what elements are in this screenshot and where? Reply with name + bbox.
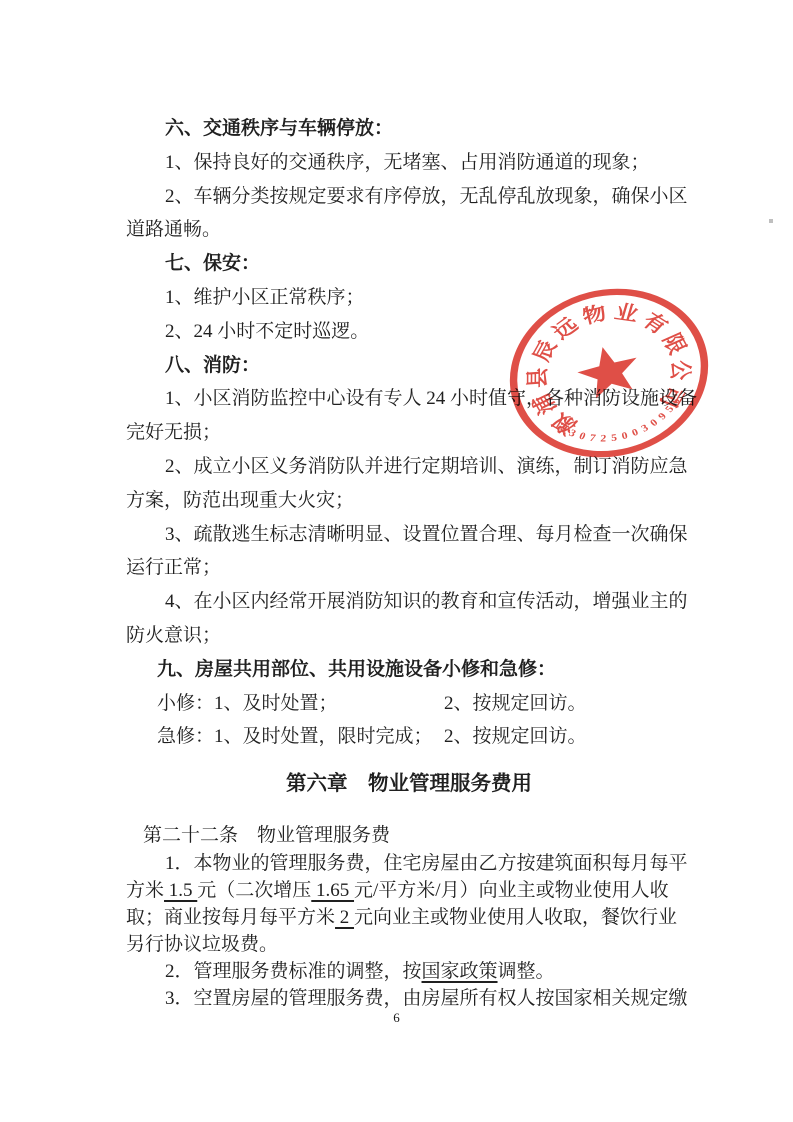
svg-text:物: 物 xyxy=(580,301,609,329)
svg-text:0: 0 xyxy=(648,417,660,429)
fee-text: 元（二次增压 xyxy=(197,880,311,901)
section-heading-traffic: 六、交通秩序与车辆停放： xyxy=(126,112,726,146)
fee-text: 调整。 xyxy=(498,961,555,982)
fee-clause-line: 另行协议垃圾费。 xyxy=(126,931,726,958)
svg-text:5: 5 xyxy=(611,432,618,444)
scan-artifact-dot xyxy=(769,219,773,223)
paragraph-line: 1、保持良好的交通秩序，无堵塞、占用消防通道的现象； xyxy=(126,146,726,180)
minor-repair-left: 小修：1、及时处置； xyxy=(157,693,338,714)
article-heading: 第二十二条 物业管理服务费 xyxy=(126,822,726,850)
svg-text:2: 2 xyxy=(600,433,607,444)
repair-row-minor: 小修：1、及时处置； 2、按规定回访。 xyxy=(126,687,726,721)
fee-clause-line: 方米 1.5 元（二次增压 1.65 元/平方米/月）向业主或物业使用人收 xyxy=(126,877,726,904)
fee-text: 2．管理服务费标准的调整，按 xyxy=(165,961,422,982)
urgent-repair-left: 急修：1、及时处置，限时完成； xyxy=(157,726,433,747)
fee-text: 元向业主或物业使用人收取，餐饮行业 xyxy=(354,907,677,928)
svg-text:远: 远 xyxy=(548,314,583,344)
seal-star-icon xyxy=(573,340,644,402)
fee-text: 元/平方米/月）向业主或物业使用人收 xyxy=(354,880,669,901)
paragraph-line: 防火意识； xyxy=(126,619,726,653)
svg-text:7: 7 xyxy=(588,432,597,444)
svg-text:3: 3 xyxy=(639,422,651,434)
svg-text:9: 9 xyxy=(656,411,670,422)
svg-text:公: 公 xyxy=(667,360,694,381)
svg-text:县: 县 xyxy=(525,367,551,389)
minor-repair-right: 2、按规定回访。 xyxy=(444,687,587,721)
urgent-repair-right: 2、按规定回访。 xyxy=(444,720,587,754)
svg-text:浦: 浦 xyxy=(527,389,562,418)
repair-row-urgent: 急修：1、及时处置，限时完成； 2、按规定回访。 xyxy=(126,720,726,754)
svg-text:限: 限 xyxy=(658,330,691,358)
svg-text:辰: 辰 xyxy=(528,337,562,364)
document-body: 六、交通秩序与车辆停放： 1、保持良好的交通秩序，无堵塞、占用消防通道的现象； … xyxy=(126,112,726,1012)
fee-value-pressurized: 1.65 xyxy=(311,880,354,901)
paragraph-line: 2、车辆分类按规定要求有序停放，无乱停乱放现象，确保小区 xyxy=(126,180,726,214)
paragraph-line: 道路通畅。 xyxy=(126,213,726,247)
section-heading-repairs: 九、房屋共用部位、共用设施设备小修和急修： xyxy=(126,653,726,687)
fee-value-commercial: 2 xyxy=(335,907,354,928)
paragraph-line: 方案，防范出现重大火灾； xyxy=(126,484,726,518)
svg-text:有: 有 xyxy=(638,308,673,338)
paragraph-line: 3、疏散逃生标志清晰明显、设置位置合理、每月检查一次确保 xyxy=(126,518,726,552)
fee-value-residential: 1.5 xyxy=(164,880,197,901)
chapter-heading: 第六章 物业管理服务费用 xyxy=(126,771,726,797)
svg-text:0: 0 xyxy=(577,430,587,442)
svg-text:业: 业 xyxy=(612,301,641,326)
fee-text: 取；商业按每月每平方米 xyxy=(126,907,335,928)
fee-clause-line: 1．本物业的管理服务费，住宅房屋由乙方按建筑面积每月每平 xyxy=(126,850,726,877)
page-number: 6 xyxy=(0,1010,793,1026)
paragraph-line: 4、在小区内经常开展消防知识的教育和宣传活动，增强业主的 xyxy=(126,585,726,619)
fee-clause-line: 取；商业按每月每平方米 2 元向业主或物业使用人收取，餐饮行业 xyxy=(126,904,726,931)
fee-clause-line: 3．空置房屋的管理服务费，由房屋所有权人按国家相关规定缴 xyxy=(126,985,726,1012)
policy-underlined: 国家政策 xyxy=(422,961,498,982)
fee-text: 方米 xyxy=(126,880,164,901)
svg-text:0: 0 xyxy=(621,430,629,442)
svg-text:0: 0 xyxy=(630,427,640,439)
fee-clause-line: 2．管理服务费标准的调整，按国家政策调整。 xyxy=(126,958,726,985)
paragraph-line: 运行正常； xyxy=(126,551,726,585)
